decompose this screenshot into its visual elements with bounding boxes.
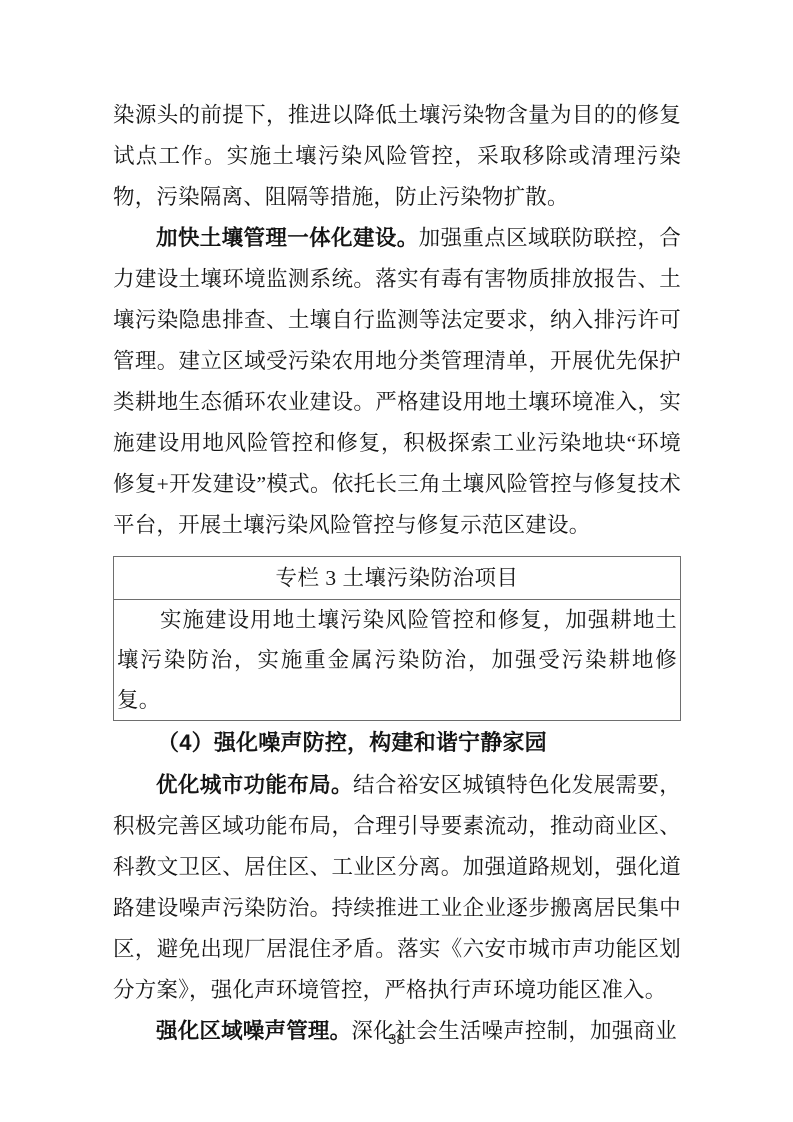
paragraph-soil-management-integration: 加快土壤管理一体化建设。加强重点区域联防联控，合力建设土壤环境监测系统。落实有毒… [113, 218, 681, 546]
document-page: 染源头的前提下，推进以降低土壤污染物含量为目的的修复试点工作。实施土壤污染风险管… [0, 0, 793, 1122]
column-box-text: 实施建设用地土壤污染风险管控和修复，加强耕地土壤污染防治，实施重金属污染防治，加… [117, 600, 677, 720]
paragraph-text: 结合裕安区城镇特色化发展需要，积极完善区域功能布局，合理引导要素流动，推动商业区… [113, 773, 681, 1002]
section-heading-noise-control: （4）强化噪声防控，构建和谐宁静家园 [113, 721, 681, 765]
paragraph-bold-lead: 加快土壤管理一体化建设。 [156, 226, 419, 250]
column-box-title: 专栏 3 土壤污染防治项目 [114, 557, 680, 600]
paragraph-text: 加强重点区域联防联控，合力建设土壤环境监测系统。落实有毒有害物质排放报告、土壤污… [113, 226, 681, 537]
paragraph-bold-lead: 优化城市功能布局。 [156, 773, 353, 797]
page-number: 38 [0, 1031, 793, 1048]
paragraph-soil-remediation-continuation: 染源头的前提下，推进以降低土壤污染物含量为目的的修复试点工作。实施土壤污染风险管… [113, 95, 681, 218]
column-box-body: 实施建设用地土壤污染风险管控和修复，加强耕地土壤污染防治，实施重金属污染防治，加… [114, 600, 680, 720]
paragraph-text: 染源头的前提下，推进以降低土壤污染物含量为目的的修复试点工作。实施土壤污染风险管… [113, 103, 681, 209]
column-box-soil-pollution-projects: 专栏 3 土壤污染防治项目 实施建设用地土壤污染风险管控和修复，加强耕地土壤污染… [113, 556, 681, 721]
paragraph-city-function-layout: 优化城市功能布局。结合裕安区城镇特色化发展需要，积极完善区域功能布局，合理引导要… [113, 765, 681, 1011]
